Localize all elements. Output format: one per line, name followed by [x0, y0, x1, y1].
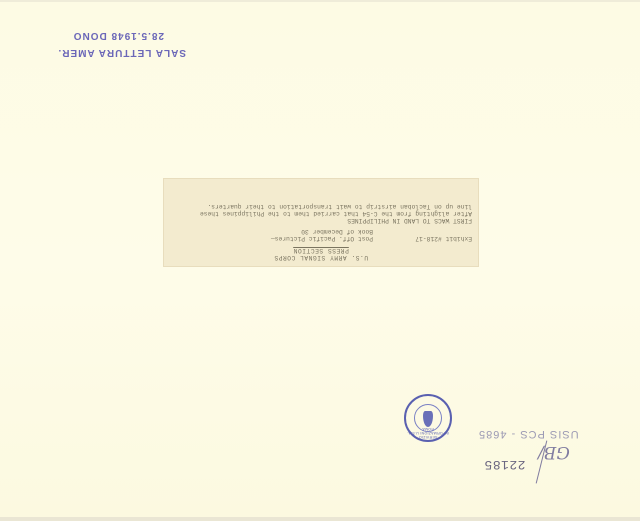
caption-subheader: PRESS SECTION: [164, 247, 478, 254]
caption-body-line2: line up on Tacloban airstrip to wait tra…: [207, 203, 472, 210]
circular-seal-stamp: SERVIZIO INFORMAZIONI U.S.A. ROMA: [404, 394, 452, 442]
caption-book: Book of December 30: [301, 228, 373, 235]
library-stamp-date: 28.5.1948 DONO: [76, 30, 164, 41]
caption-header: U.S. ARMY SIGNAL CORPS: [164, 254, 478, 261]
archive-number: 22185: [484, 457, 526, 472]
library-stamp: SALA LETTURA AMER. 28.5.1948 DONO: [36, 22, 186, 58]
archive-code: USIS PCS - 4685: [478, 428, 579, 440]
caption-exhibit: Exhibit #218-17: [415, 235, 472, 242]
paper-bottom-edge: [0, 517, 640, 521]
caption-slip: U.S. ARMY SIGNAL CORPS PRESS SECTION Exh…: [163, 178, 479, 267]
caption-slip-text: U.S. ARMY SIGNAL CORPS PRESS SECTION Exh…: [164, 179, 478, 266]
paper-top-edge: [0, 0, 640, 2]
caption-body-line1: After alighting from the C-54 that carri…: [200, 210, 472, 217]
caption-source: Post Off. Pacific Pictures—: [271, 235, 373, 242]
library-stamp-line1: SALA LETTURA AMER.: [44, 47, 186, 58]
handwritten-mark: GB/: [538, 442, 570, 462]
caption-headline: FIRST WACS TO LAND IN PHILIPPINES: [347, 217, 472, 224]
